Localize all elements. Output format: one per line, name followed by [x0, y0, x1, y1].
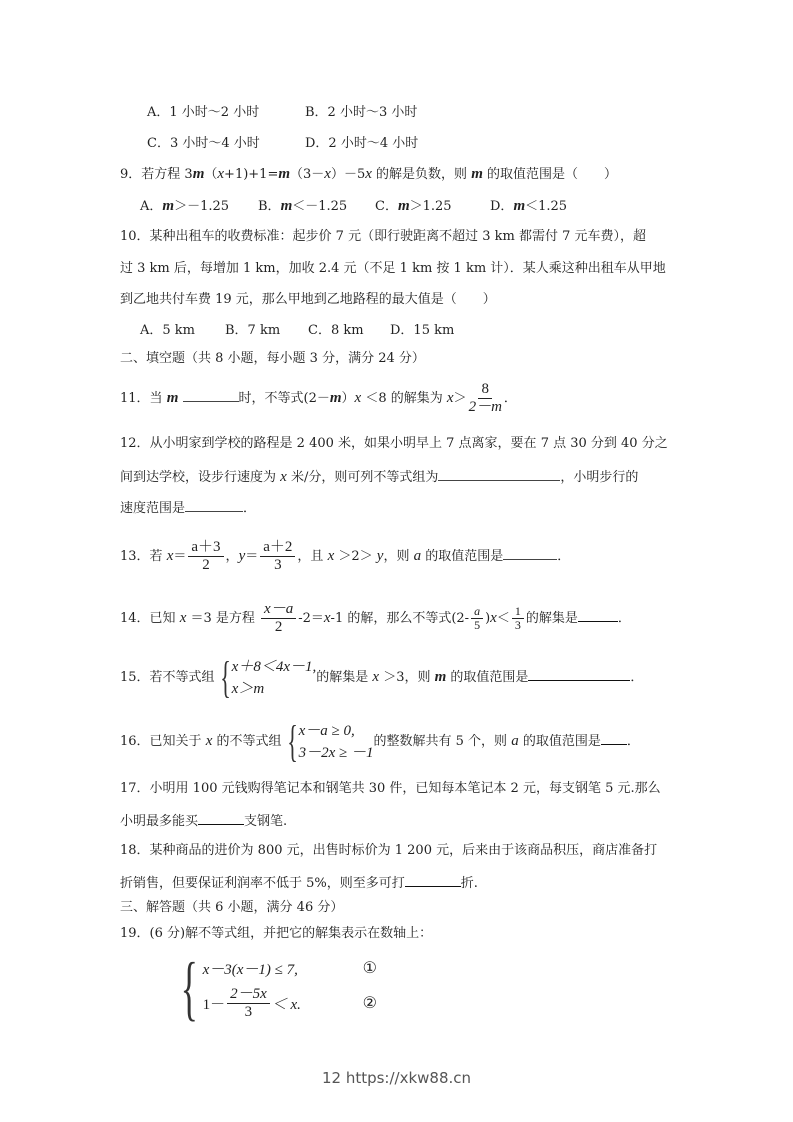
denominator: 5 — [474, 619, 480, 632]
numerator: a＋3 — [188, 539, 223, 557]
left-brace-icon: { — [181, 952, 198, 1024]
answer-blank[interactable] — [601, 732, 627, 745]
text: 时，不等式(2－ — [239, 391, 330, 406]
text: ＜1.25 — [525, 199, 567, 214]
var-x: x — [324, 166, 331, 182]
text: ． — [243, 501, 256, 516]
var-m: m — [281, 198, 293, 214]
answer-blank[interactable] — [438, 468, 560, 481]
var-m: m — [330, 390, 342, 406]
text: B． — [258, 199, 281, 214]
var-x: x — [365, 166, 372, 182]
text: （ — [204, 167, 217, 182]
text: 14．已知 — [120, 611, 180, 626]
text: 9．若方程 3 — [120, 167, 193, 182]
text: 速度范围是 — [120, 501, 185, 516]
system-row-1: x－a ≥ 0, — [299, 720, 374, 742]
text: ，小明步行的 — [560, 470, 638, 485]
var-x: x — [447, 390, 454, 406]
q9-option-b: B．m＜－1.25 — [258, 198, 347, 215]
text: 的取值范围是（ ） — [483, 167, 617, 182]
text: -1 的解，那么不等式(2- — [331, 611, 470, 626]
text: +1)+1= — [224, 167, 278, 182]
circled-1-label: ① — [363, 958, 377, 978]
q8-option-c: C．3 小时～4 小时 — [147, 136, 260, 152]
text: ＞－1.25 — [174, 199, 229, 214]
system-row-1: x＋8＜4x－1, — [232, 656, 317, 678]
circled-2-label: ② — [363, 993, 377, 1013]
fraction: a＋23 — [260, 539, 295, 574]
text: D． — [490, 199, 513, 214]
text: 的解集是 — [316, 670, 372, 685]
var-m: m — [167, 390, 179, 406]
fraction: a＋32 — [188, 539, 223, 574]
answer-blank[interactable] — [528, 668, 630, 681]
text: ＜ — [497, 611, 510, 626]
text: 的解是负数，则 — [372, 167, 471, 182]
q10-option-a: A．5 km — [140, 323, 195, 339]
answer-blank[interactable] — [578, 609, 618, 622]
inequality-system: {x＋8＜4x－1,x＞m — [215, 656, 317, 700]
text: （3－ — [290, 167, 324, 182]
text: ，则 — [383, 549, 413, 564]
fraction: 82－m — [469, 381, 502, 416]
var-x: x — [280, 469, 287, 485]
q10-line-3: 到乙地共付车费 19 元，那么甲地到乙地路程的最大值是（ ） — [120, 292, 496, 308]
text: ＜8 的解集为 — [361, 391, 447, 406]
denominator: 3 — [274, 557, 282, 574]
fraction: x－a2 — [261, 601, 296, 636]
text: 的解集是 — [526, 611, 578, 626]
text: ． — [504, 391, 517, 406]
text: 11．当 — [120, 391, 167, 406]
denominator: 2－m — [469, 399, 502, 416]
text: 的整数解共有 5 个，则 — [374, 734, 512, 749]
q14: 14．已知 x ＝3 是方程 x－a2-2＝x-1 的解，那么不等式(2-a5)… — [120, 598, 631, 639]
q10-line-1: 10．某种出租车的收费标准：起步价 7 元（即行驶距离不超过 3 km 都需付 … — [120, 229, 646, 245]
text: ＞3，则 — [379, 670, 435, 685]
text: ＜ x. — [272, 993, 301, 1014]
q8-option-b: B．2 小时～3 小时 — [305, 105, 417, 121]
text: 的取值范围是 — [519, 734, 601, 749]
numerator: a — [471, 605, 483, 619]
answer-blank[interactable] — [198, 812, 244, 825]
answer-blank[interactable] — [405, 874, 461, 887]
denominator: 2 — [275, 619, 283, 636]
q17-line-2: 小明最多能买支钢笔. — [120, 812, 287, 830]
q12-line-2: 间到达学校，设步行速度为 x 米/分，则可列不等式组为，小明步行的 — [120, 468, 638, 486]
text: ＞ — [454, 391, 467, 406]
text: 支钢笔. — [244, 814, 287, 829]
text: ） — [342, 391, 355, 406]
var-m: m — [513, 198, 525, 214]
q9-stem: 9．若方程 3m（x+1)+1=m（3－x）－5x 的解是负数，则 m 的取值范… — [120, 166, 617, 183]
q10-option-d: D．15 km — [390, 323, 454, 339]
numerator: a＋2 — [260, 539, 295, 557]
answer-blank[interactable] — [185, 499, 243, 512]
numerator: 1 — [512, 605, 524, 619]
q10-option-b: B．7 km — [225, 323, 280, 339]
text: ）－5 — [331, 167, 365, 182]
text: ＝ — [173, 549, 186, 564]
text: ＞1.25 — [410, 199, 452, 214]
text: -2＝ — [298, 611, 324, 626]
text: ，且 — [297, 549, 327, 564]
q19-title: 19．(6 分)解不等式组，并把它的解集表示在数轴上： — [120, 926, 432, 942]
q12-line-3: 速度范围是． — [120, 499, 256, 517]
var-x: x — [490, 610, 497, 626]
q18-line-1: 18．某种商品的进价为 800 元，出售时标价为 1 200 元，后来由于该商品… — [120, 843, 657, 859]
q9-option-d: D．m＜1.25 — [490, 198, 567, 215]
numerator: 2－5x — [227, 986, 270, 1004]
answer-blank[interactable] — [503, 547, 557, 560]
section-3-title: 三、解答题（共 6 小题，满分 46 分） — [120, 900, 343, 916]
text: 小明最多能买 — [120, 814, 198, 829]
var-m: m — [471, 166, 483, 182]
q17-line-1: 17．小明用 100 元钱购得笔记本和钢笔共 30 件，已知每本笔记本 2 元，… — [120, 781, 661, 797]
q10-line-2: 过 3 km 后，每增加 1 km，加收 2.4 元（不足 1 km 按 1 k… — [120, 261, 666, 277]
q10-option-c: C．8 km — [308, 323, 364, 339]
text: 的不等式组 — [212, 734, 281, 749]
system-row-2: 3－2x ≥ －1 — [299, 742, 374, 764]
numerator: x－a — [261, 601, 296, 619]
system-row-1: x－3(x－1) ≤ 7, ① — [203, 953, 377, 983]
q9-option-c: C．m＞1.25 — [375, 198, 452, 215]
var-x: x — [324, 610, 331, 626]
text: 折销售，但要保证利润率不低于 5%，则至多可打 — [120, 876, 405, 891]
answer-blank[interactable] — [183, 389, 239, 402]
q8-option-d: D．2 小时～4 小时 — [305, 136, 418, 152]
q18-line-2: 折销售，但要保证利润率不低于 5%，则至多可打折. — [120, 874, 478, 892]
text: 13．若 — [120, 549, 167, 564]
text: ＝3 是方程 — [186, 611, 259, 626]
numerator: 8 — [478, 381, 492, 399]
q8-option-a: A．1 小时～2 小时 — [147, 105, 259, 121]
system-row-2: x＞m — [232, 678, 317, 700]
q12-line-1: 12．从小明家到学校的路程是 2 400 米，如果小明早上 7 点离家，要在 7… — [120, 436, 668, 452]
text: ， — [226, 549, 239, 564]
fraction: a5 — [471, 605, 483, 632]
q15: 15．若不等式组{x＋8＜4x－1,x＞m的解集是 x ＞3，则 m 的取值范围… — [120, 655, 643, 700]
var-m: m — [278, 166, 290, 182]
text: ． — [557, 549, 570, 564]
text: ． — [630, 670, 643, 685]
text: 间到达学校，设步行速度为 — [120, 470, 280, 485]
text: ＝ — [245, 549, 258, 564]
denominator: 2 — [202, 557, 210, 574]
q11: 11．当 m 时，不等式(2－m）x ＜8 的解集为 x＞82－m． — [120, 380, 517, 417]
q19-system: { x－3(x－1) ≤ 7, ① 1－2－5x3＜ x. ② — [172, 952, 377, 1024]
text: 1－ — [203, 993, 226, 1014]
inequality-1: x－3(x－1) ≤ 7, — [203, 958, 363, 979]
var-a: a — [414, 548, 422, 564]
var-a: a — [511, 733, 519, 749]
system-row-2: 1－2－5x3＜ x. ② — [203, 983, 377, 1023]
inequality-system: { x－3(x－1) ≤ 7, ① 1－2－5x3＜ x. ② — [172, 952, 377, 1024]
text: 米/分，则可列不等式组为 — [287, 470, 439, 485]
q16: 16．已知关于 x 的不等式组{x－a ≥ 0,3－2x ≥ －1的整数解共有 … — [120, 719, 640, 764]
var-m: m — [162, 198, 174, 214]
denominator: 3 — [515, 619, 521, 632]
text: 的取值范围是 — [446, 670, 528, 685]
text: ＜－1.25 — [292, 199, 347, 214]
left-brace-icon: { — [220, 656, 231, 700]
text: ＞2＞ — [334, 549, 377, 564]
text: ． — [618, 611, 631, 626]
fraction: 2－5x3 — [227, 986, 270, 1021]
inequality-system: {x－a ≥ 0,3－2x ≥ －1 — [282, 720, 374, 764]
page-footer: 12 https://xkw88.cn — [0, 1069, 793, 1087]
text: 16．已知关于 — [120, 734, 206, 749]
fraction: 13 — [512, 605, 524, 632]
q9-option-a: A．m＞－1.25 — [140, 198, 229, 215]
text: 折. — [461, 876, 478, 891]
var-m: m — [193, 166, 205, 182]
text: C． — [375, 199, 398, 214]
text: ． — [627, 734, 640, 749]
left-brace-icon: { — [287, 720, 298, 764]
text: A． — [140, 199, 162, 214]
var-m: m — [398, 198, 410, 214]
section-2-title: 二、填空题（共 8 小题，每小题 3 分，满分 24 分） — [120, 351, 425, 367]
denominator: 3 — [245, 1004, 253, 1021]
text: 的取值范围是 — [421, 549, 503, 564]
q13: 13．若 x＝a＋32，y＝a＋23，且 x ＞2＞ y，则 a 的取值范围是． — [120, 536, 570, 577]
var-m: m — [435, 669, 447, 685]
text: 15．若不等式组 — [120, 670, 215, 685]
